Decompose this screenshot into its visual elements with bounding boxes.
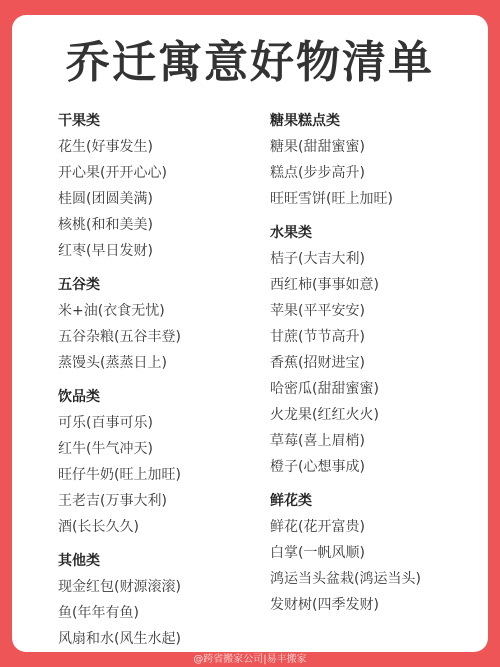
list-item: 西红柿(事事如意) bbox=[270, 272, 421, 298]
section-dried-fruit: 干果类 花生(好事发生) 开心果(开开心心) 桂圆(团圆美满) 核桃(和和美美)… bbox=[58, 108, 181, 264]
section-heading: 干果类 bbox=[58, 108, 181, 134]
list-item: 蒸馒头(蒸蒸日上) bbox=[58, 350, 181, 376]
list-item: 火龙果(红红火火) bbox=[270, 402, 421, 428]
list-item: 草莓(喜上眉梢) bbox=[270, 428, 421, 454]
list-item: 苹果(平平安安) bbox=[270, 298, 421, 324]
section-drinks: 饮品类 可乐(百事可乐) 红牛(牛气冲天) 旺仔牛奶(旺上加旺) 王老吉(万事大… bbox=[58, 384, 181, 540]
list-item: 甘蔗(节节高升) bbox=[270, 324, 421, 350]
list-item: 花生(好事发生) bbox=[58, 134, 181, 160]
watermark: @跨省搬家公司|易丰搬家 bbox=[0, 652, 500, 667]
section-candy-pastry: 糖果糕点类 糖果(甜甜蜜蜜) 糕点(步步高升) 旺旺雪饼(旺上加旺) bbox=[270, 108, 421, 212]
list-item: 酒(长长久久) bbox=[58, 514, 181, 540]
section-heading: 鲜花类 bbox=[270, 488, 421, 514]
list-item: 糕点(步步高升) bbox=[270, 160, 421, 186]
list-item: 五谷杂粮(五谷丰登) bbox=[58, 324, 181, 350]
list-item: 发财树(四季发财) bbox=[270, 592, 421, 618]
list-item: 哈密瓜(甜甜蜜蜜) bbox=[270, 376, 421, 402]
section-heading: 糖果糕点类 bbox=[270, 108, 421, 134]
list-item: 核桃(和和美美) bbox=[58, 212, 181, 238]
list-item: 米+油(衣食无忧) bbox=[58, 298, 181, 324]
section-heading: 五谷类 bbox=[58, 272, 181, 298]
section-fruit: 水果类 桔子(大吉大利) 西红柿(事事如意) 苹果(平平安安) 甘蔗(节节高升)… bbox=[270, 220, 421, 480]
list-item: 桂圆(团圆美满) bbox=[58, 186, 181, 212]
list-item: 旺仔牛奶(旺上加旺) bbox=[58, 462, 181, 488]
list-item: 糖果(甜甜蜜蜜) bbox=[270, 134, 421, 160]
section-heading: 饮品类 bbox=[58, 384, 181, 410]
right-column: 糖果糕点类 糖果(甜甜蜜蜜) 糕点(步步高升) 旺旺雪饼(旺上加旺) 水果类 桔… bbox=[270, 108, 421, 626]
list-item: 鸿运当头盆栽(鸿运当头) bbox=[270, 566, 421, 592]
list-item: 橙子(心想事成) bbox=[270, 454, 421, 480]
section-others: 其他类 现金红包(财源滚滚) 鱼(年年有鱼) 风扇和水(风生水起) bbox=[58, 548, 181, 652]
page-title: 乔迁寓意好物清单 bbox=[12, 35, 488, 91]
list-card: 乔迁寓意好物清单 干果类 花生(好事发生) 开心果(开开心心) 桂圆(团圆美满)… bbox=[12, 15, 488, 652]
list-item: 香蕉(招财进宝) bbox=[270, 350, 421, 376]
left-column: 干果类 花生(好事发生) 开心果(开开心心) 桂圆(团圆美满) 核桃(和和美美)… bbox=[58, 108, 181, 660]
list-item: 红枣(早日发财) bbox=[58, 238, 181, 264]
section-heading: 水果类 bbox=[270, 220, 421, 246]
list-item: 鱼(年年有鱼) bbox=[58, 600, 181, 626]
list-item: 旺旺雪饼(旺上加旺) bbox=[270, 186, 421, 212]
list-item: 开心果(开开心心) bbox=[58, 160, 181, 186]
section-flowers: 鲜花类 鲜花(花开富贵) 白掌(一帆风顺) 鸿运当头盆栽(鸿运当头) 发财树(四… bbox=[270, 488, 421, 618]
list-item: 风扇和水(风生水起) bbox=[58, 626, 181, 652]
list-item: 王老吉(万事大利) bbox=[58, 488, 181, 514]
list-item: 桔子(大吉大利) bbox=[270, 246, 421, 272]
list-item: 鲜花(花开富贵) bbox=[270, 514, 421, 540]
list-item: 现金红包(财源滚滚) bbox=[58, 574, 181, 600]
list-item: 红牛(牛气冲天) bbox=[58, 436, 181, 462]
section-grains: 五谷类 米+油(衣食无忧) 五谷杂粮(五谷丰登) 蒸馒头(蒸蒸日上) bbox=[58, 272, 181, 376]
section-heading: 其他类 bbox=[58, 548, 181, 574]
list-item: 白掌(一帆风顺) bbox=[270, 540, 421, 566]
list-item: 可乐(百事可乐) bbox=[58, 410, 181, 436]
